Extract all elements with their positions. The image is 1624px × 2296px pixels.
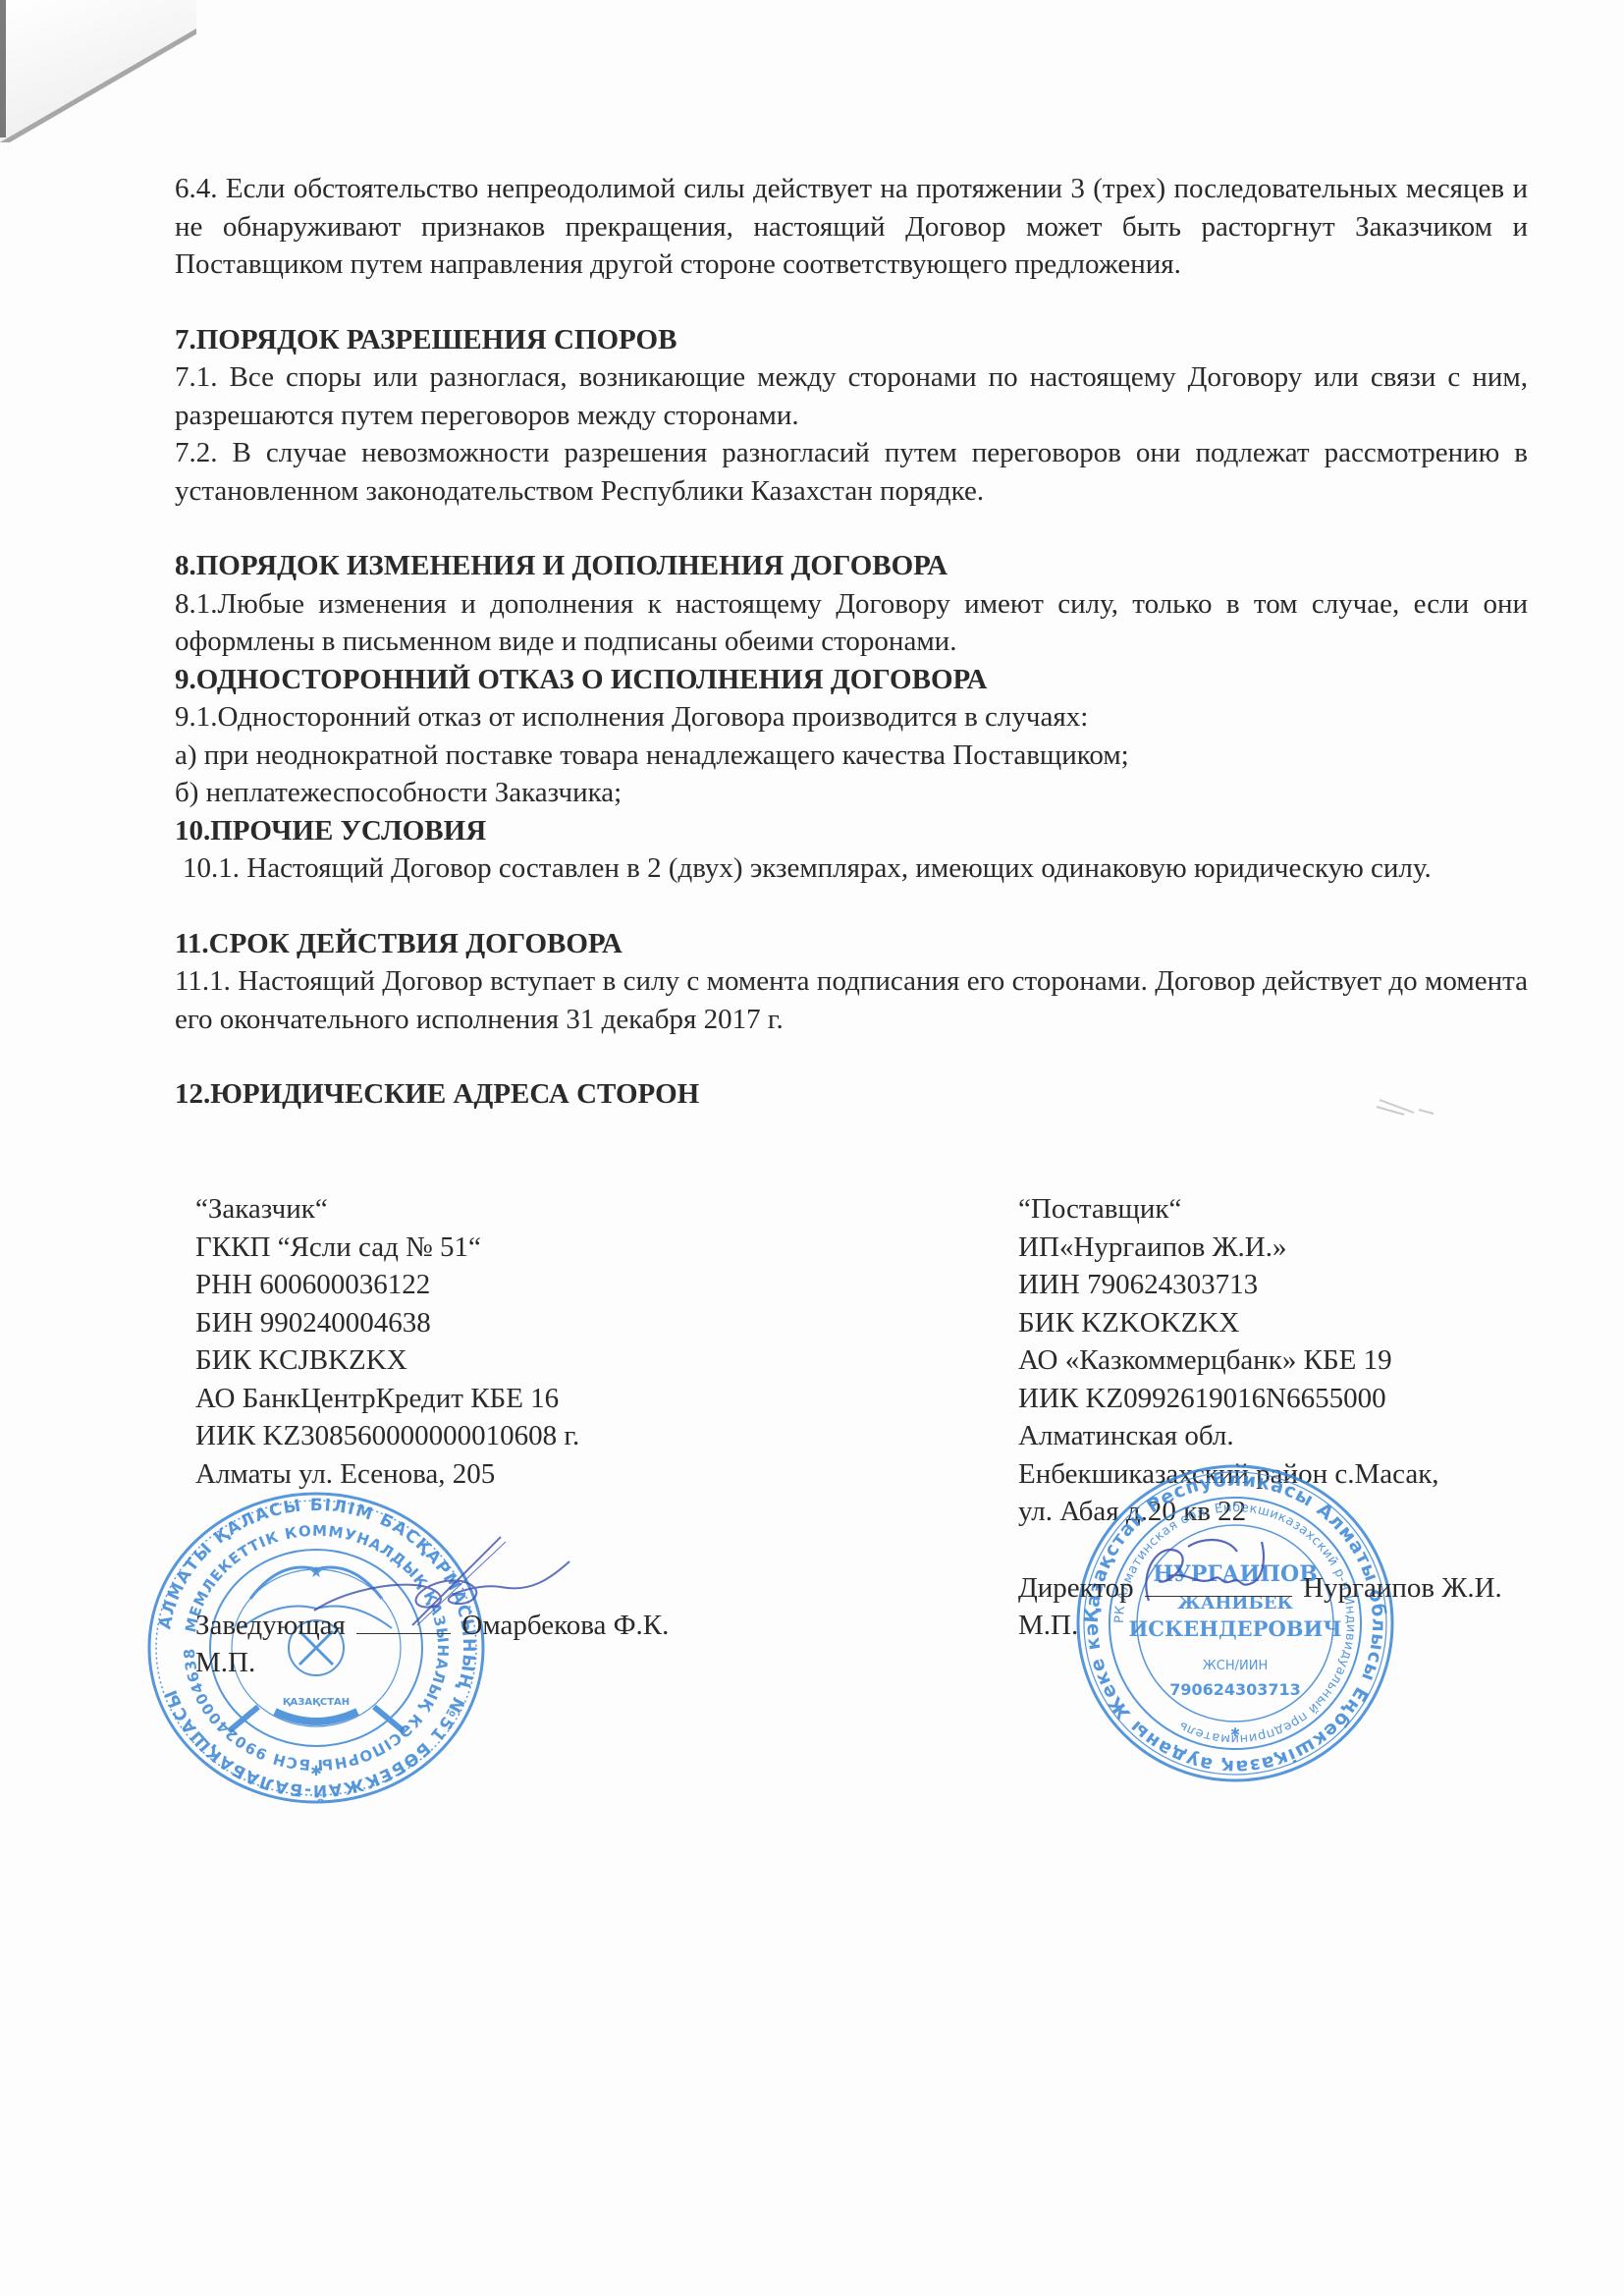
customer-details: “Заказчик“ ГККП “Ясли сад № 51“ РНН 6006… [195, 1190, 579, 1493]
clause-8-1: 8.1.Любые изменения и дополнения к насто… [175, 585, 1528, 661]
page-fold-corner [0, 0, 196, 142]
customer-address: Алматы ул. Есенова, 205 [195, 1455, 579, 1494]
customer-rnn: РНН 600600036122 [195, 1266, 579, 1304]
supplier-seal-label: М.П. [1018, 1607, 1502, 1644]
supplier-bik: БИК KZKOKZKX [1018, 1304, 1439, 1342]
supplier-signatory-name: Нургаипов Ж.И. [1303, 1572, 1502, 1604]
svg-text:★: ★ [309, 1562, 323, 1581]
section-heading-8: 8.ПОРЯДОК ИЗМЕНЕНИЯ И ДОПОЛНЕНИЯ ДОГОВОР… [175, 547, 1528, 585]
customer-bank: АО БанкЦентрКредит КБЕ 16 [195, 1380, 579, 1418]
supplier-iin: ИИН 790624303713 [1018, 1266, 1439, 1304]
customer-bik: БИК KCJBKZKX [195, 1341, 579, 1380]
customer-signatory-name: Омарбекова Ф.К. [461, 1610, 669, 1641]
supplier-signature-block: Директор Нургаипов Ж.И. М.П. [1018, 1569, 1502, 1644]
clause-10-1: 10.1. Настоящий Договор составлен в 2 (д… [175, 849, 1528, 888]
clause-6-4: 6.4. Если обстоятельство непреодолимой с… [175, 170, 1528, 284]
supplier-iik: ИИК KZ0992619016N6655000 [1018, 1380, 1439, 1418]
customer-iik: ИИК KZ308560000000010608 г. [195, 1417, 579, 1455]
supplier-street: ул. Абая д.20 кв 22 [1018, 1493, 1439, 1531]
clause-9-1: 9.1.Односторонний отказ от исполнения До… [175, 698, 1528, 737]
customer-signature-line [356, 1632, 451, 1634]
clause-9-1-b: б) неплатежеспособности Заказчика; [175, 774, 1528, 812]
supplier-details: “Поставщик“ ИП«Нургаипов Ж.И.» ИИН 79062… [1018, 1190, 1439, 1531]
clause-9-1-a: а) при неоднократной поставке товара нен… [175, 737, 1528, 775]
section-heading-11: 11.СРОК ДЕЙСТВИЯ ДОГОВОРА [175, 925, 1528, 963]
clause-7-1: 7.1. Все споры или разноглася, возникающ… [175, 358, 1528, 434]
clause-7-2: 7.2. В случае невозможности разрешения р… [175, 434, 1528, 510]
section-heading-7: 7.ПОРЯДОК РАЗРЕШЕНИЯ СПОРОВ [175, 321, 1528, 359]
supplier-org: ИП«Нургаипов Ж.И.» [1018, 1229, 1439, 1267]
supplier-district: Енбекшиказахский район с.Масак, [1018, 1455, 1439, 1494]
customer-seal-label: М.П. [195, 1644, 669, 1681]
svg-text:ҚАЗАҚСТАН: ҚАЗАҚСТАН [283, 1697, 350, 1708]
svg-text:790624303713: 790624303713 [1169, 1680, 1301, 1699]
contract-body: 6.4. Если обстоятельство непреодолимой с… [175, 170, 1528, 1114]
supplier-role: “Поставщик“ [1018, 1190, 1439, 1229]
customer-org: ГККП “Ясли сад № 51“ [195, 1229, 579, 1267]
customer-role: “Заказчик“ [195, 1190, 579, 1229]
customer-bin: БИН 990240004638 [195, 1304, 579, 1342]
supplier-signatory-title: Директор [1018, 1572, 1134, 1604]
supplier-bank: АО «Казкоммерцбанк» КБЕ 19 [1018, 1341, 1439, 1380]
section-heading-9: 9.ОДНОСТОРОННИЙ ОТКАЗ О ИСПОЛНЕНИЯ ДОГОВ… [175, 661, 1528, 699]
section-heading-12: 12.ЮРИДИЧЕСКИЕ АДРЕСА СТОРОН [175, 1075, 1528, 1114]
clause-11-1: 11.1. Настоящий Договор вступает в силу … [175, 962, 1528, 1038]
svg-text:✱: ✱ [1230, 1725, 1240, 1739]
supplier-region: Алматинская обл. [1018, 1417, 1439, 1455]
svg-text:✱: ✱ [310, 1764, 322, 1779]
section-heading-10: 10.ПРОЧИЕ УСЛОВИЯ [175, 812, 1528, 850]
scan-edge [0, 0, 6, 137]
svg-text:ЖСН/ИИН: ЖСН/ИИН [1203, 1659, 1268, 1673]
customer-signature-block: Заведующая Омарбекова Ф.К. М.П. [195, 1607, 669, 1681]
supplier-signature-line [1145, 1595, 1292, 1597]
customer-signatory-title: Заведующая [195, 1610, 346, 1641]
